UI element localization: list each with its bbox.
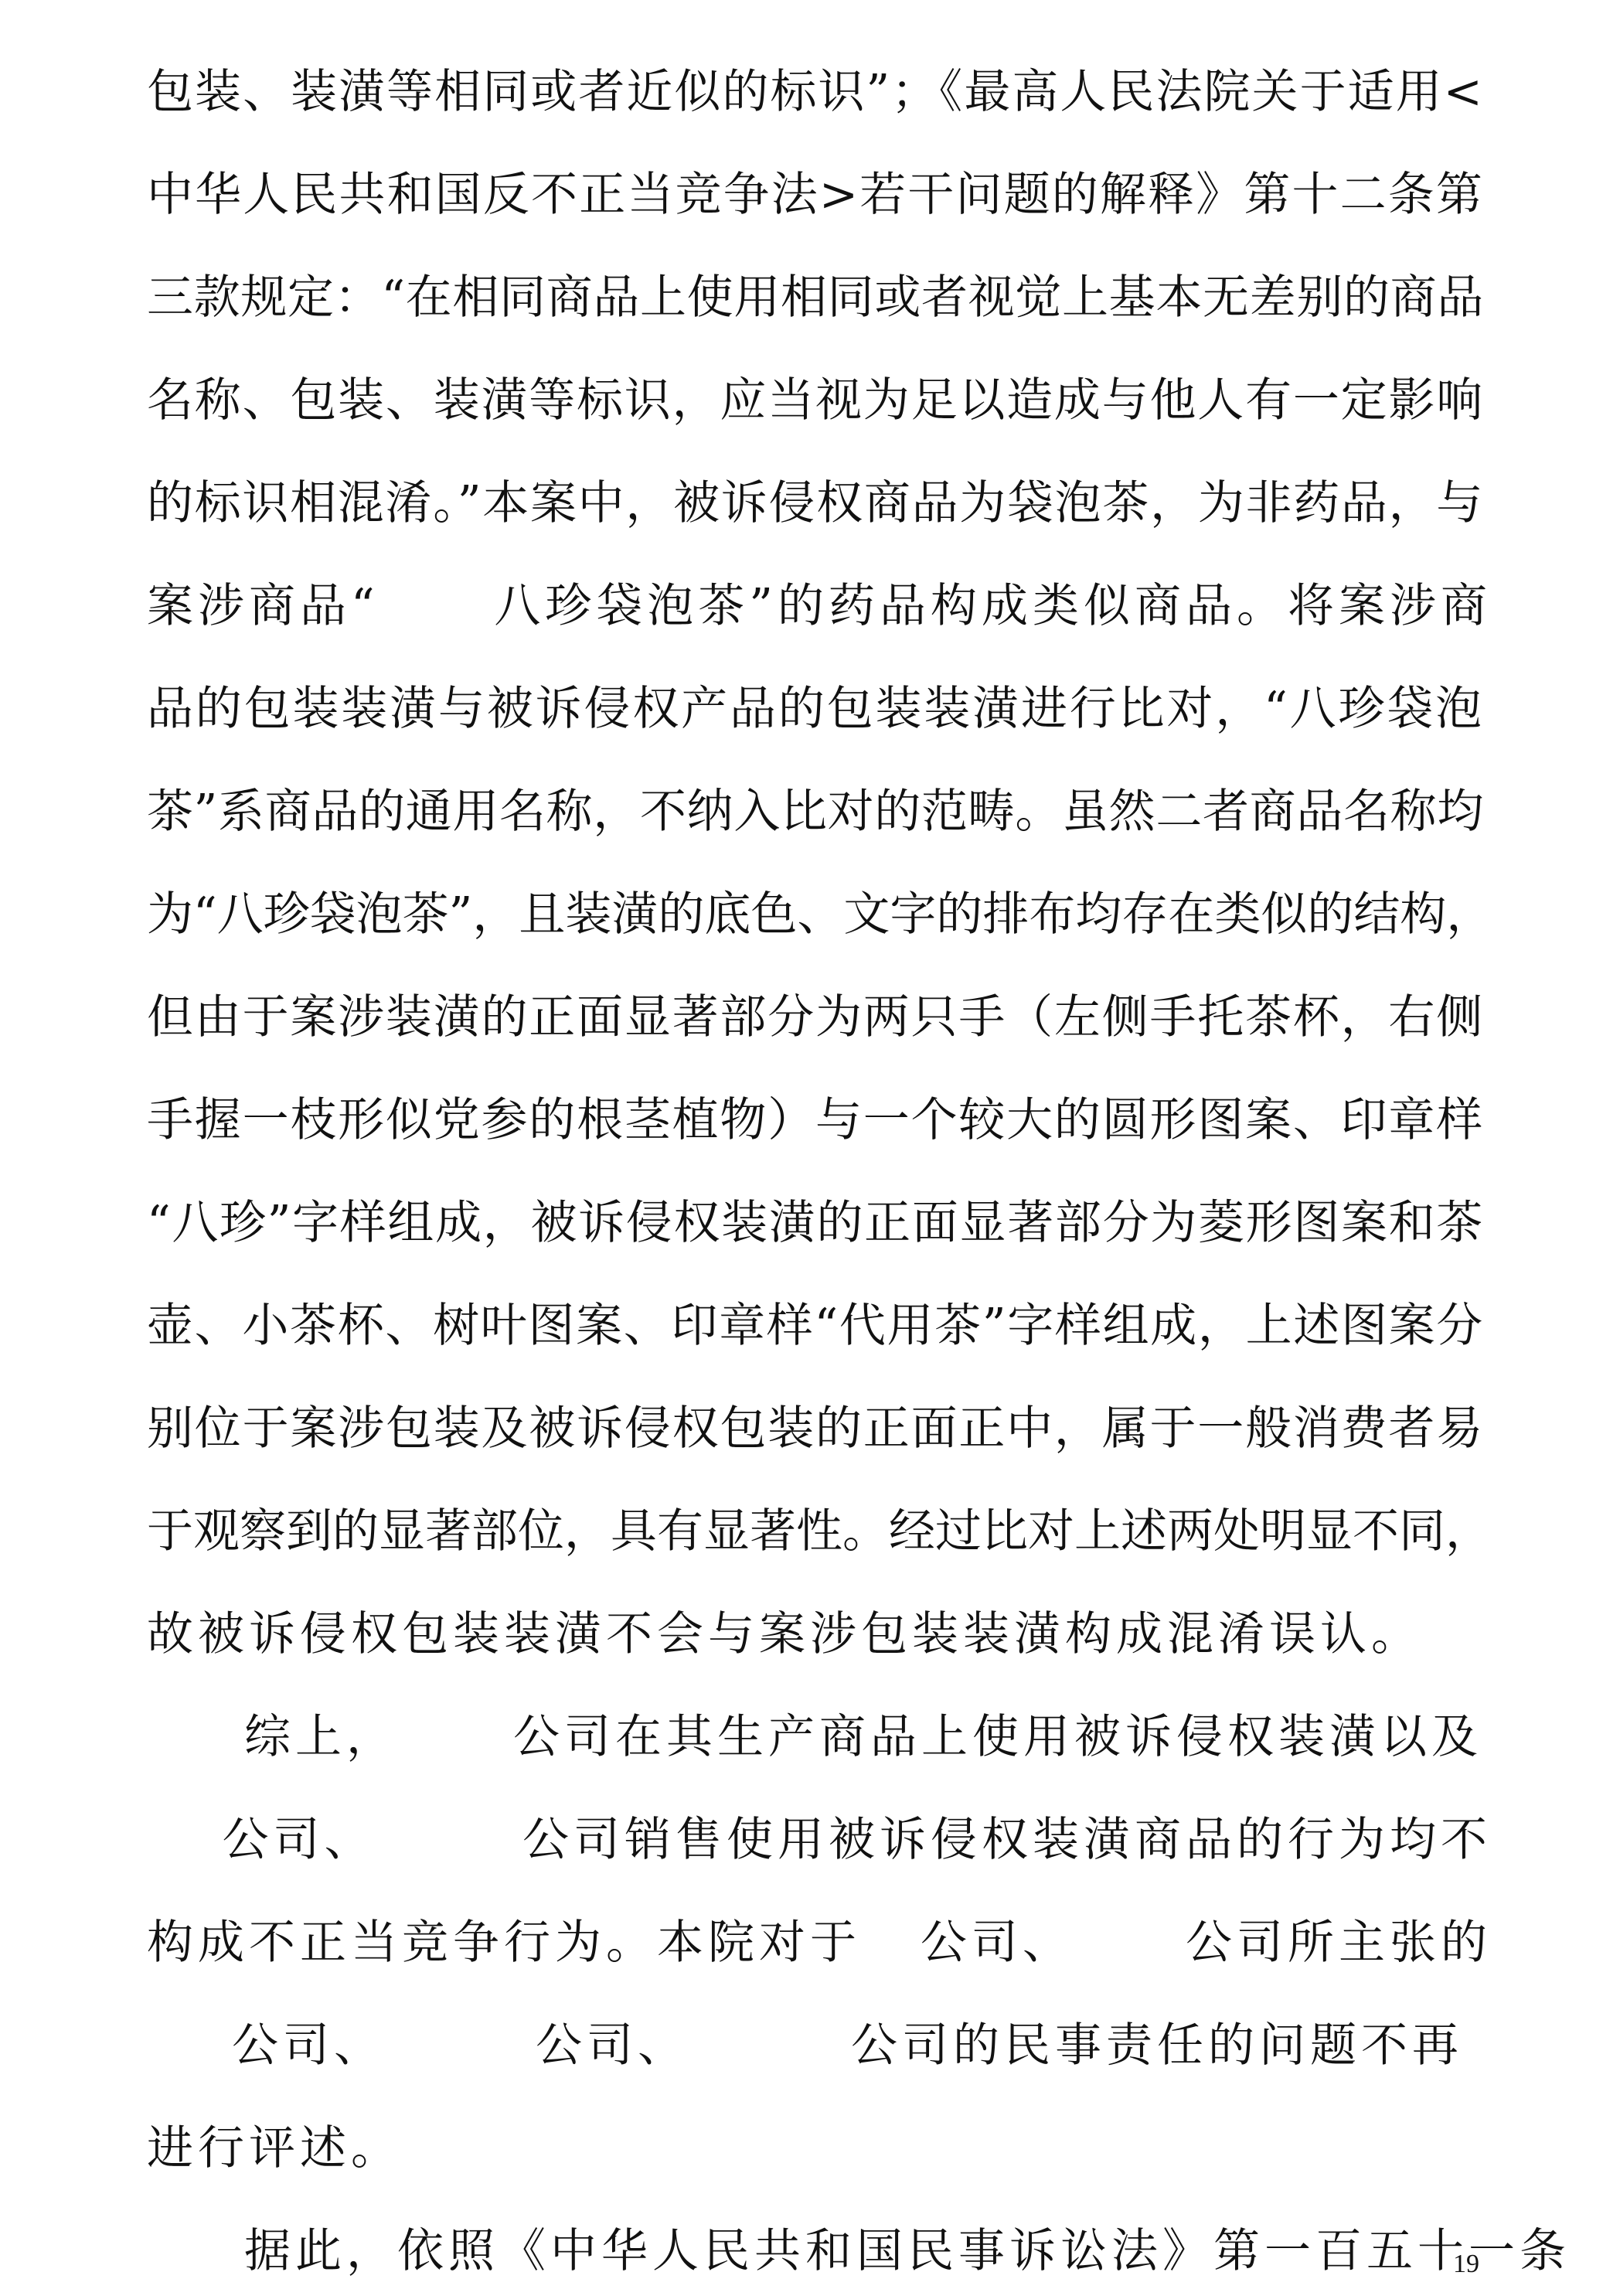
text-line-17: 综上， 公司在其生产商品上使用被诉侵权装潢以及 [147, 1685, 1492, 1788]
text-line-1: 包装、装潢等相同或者近似的标识”；《最高人民法院关于适用< [147, 40, 1492, 143]
text-line-21: 进行评述。 [147, 2097, 1492, 2199]
line-text: 综上， [244, 1698, 397, 1776]
text-line-18: 公司、 公司销售使用被诉侵权装潢商品的行为均不 [147, 1788, 1492, 1891]
line-text: 的标识相混淆。”本案中，被诉侵权商品为袋泡茶，为非药品，与 [147, 465, 1484, 542]
line-text: 中华人民共和国反不正当竞争法>若干问题的解释》第十二条第 [147, 156, 1484, 233]
text-line-6: 案涉商品“ 八珍袋泡茶”的药品构成类似商品。将案涉商 [147, 554, 1492, 657]
text-line-12: “八珍”字样组成，被诉侵权装潢的正面显著部分为菱形图案和茶 [147, 1171, 1492, 1274]
document-page: 包装、装潢等相同或者近似的标识”；《最高人民法院关于适用< 中华人民共和国反不正… [0, 0, 1620, 2296]
line-text: 故被诉侵权包装装潢不会与案涉包装装潢构成混淆误认。 [147, 1596, 1422, 1673]
line-text: 品的包装装潢与被诉侵权产品的包装装潢进行比对，“八珍袋泡 [147, 670, 1484, 748]
line-text: 进行评述。 [147, 2110, 402, 2187]
line-text: 别位于案涉包装及被诉侵权包装的正面正中，属于一般消费者易 [147, 1390, 1484, 1467]
text-line-5: 的标识相混淆。”本案中，被诉侵权商品为袋泡茶，为非药品，与 [147, 451, 1492, 554]
text-line-3: 三款规定：“在相同商品上使用相同或者视觉上基本无差别的商品 [147, 246, 1492, 349]
line-text: 名称、包装、装潢等标识，应当视为足以造成与他人有一定影响 [147, 362, 1484, 439]
line-text: 构成不正当竞争行为。本院对于 [147, 1904, 861, 1981]
text-line-20: 公司、 公司、 公司的民事责任的问题不再 [147, 1994, 1492, 2097]
text-line-13: 壶、小茶杯、树叶图案、印章样“代用茶”字样组成，上述图案分 [147, 1274, 1492, 1377]
line-text: 壶、小茶杯、树叶图案、印章样“代用茶”字样组成，上述图案分 [147, 1287, 1484, 1364]
line-text: 包装、装潢等相同或者近似的标识”；《最高人民法院关于适用< [147, 53, 1484, 131]
line-text: 公司、 [222, 1801, 375, 1879]
line-text: 公司在其生产商品上使用被诉侵权装潢以及 [513, 1698, 1482, 1776]
text-line-15: 于观察到的显著部位，具有显著性。经过比对上述两处明显不同， [147, 1480, 1492, 1582]
line-text: 茶”系商品的通用名称，不纳入比对的范畴。虽然二者商品名称均 [147, 773, 1484, 850]
line-text: 八珍袋泡茶”的药品构成类似商品。将案涉商 [494, 567, 1492, 645]
line-text: 手握一枝形似党参的根茎植物）与一个较大的圆形图案、印章样 [147, 1082, 1484, 1159]
text-line-11: 手握一枝形似党参的根茎植物）与一个较大的圆形图案、印章样 [147, 1068, 1492, 1171]
line-text: 公司销售使用被诉侵权装潢商品的行为均不 [522, 1801, 1492, 1879]
text-line-10: 但由于案涉装潢的正面显著部分为两只手（左侧手托茶杯，右侧 [147, 966, 1492, 1068]
text-line-7: 品的包装装潢与被诉侵权产品的包装装潢进行比对，“八珍袋泡 [147, 657, 1492, 760]
text-line-8: 茶”系商品的通用名称，不纳入比对的范畴。虽然二者商品名称均 [147, 760, 1492, 863]
line-text: “八珍”字样组成，被诉侵权装潢的正面显著部分为菱形图案和茶 [147, 1184, 1484, 1262]
line-text: 公司、 [921, 1904, 1074, 1981]
line-text: 据此，依照《中华人民共和国民事诉讼法》第一百五十一条 [244, 2213, 1571, 2290]
line-text: 但由于案涉装潢的正面显著部分为两只手（左侧手托茶杯，右侧 [147, 979, 1484, 1056]
text-line-19: 构成不正当竞争行为。本院对于 公司、 公司所主张的 [147, 1891, 1492, 1994]
line-text: 公司的民事责任的问题不再 [851, 2007, 1463, 2084]
line-text: 公司、 [232, 2007, 385, 2084]
text-line-16: 故被诉侵权包装装潢不会与案涉包装装潢构成混淆误认。 [147, 1582, 1492, 1685]
text-line-4: 名称、包装、装潢等标识，应当视为足以造成与他人有一定影响 [147, 349, 1492, 451]
text-line-2: 中华人民共和国反不正当竞争法>若干问题的解释》第十二条第 [147, 143, 1492, 246]
line-text: 公司所主张的 [1186, 1904, 1492, 1981]
line-text: 案涉商品“ [147, 567, 379, 645]
text-line-9: 为“八珍袋泡茶”，且装潢的底色、文字的排布均存在类似的结构， [147, 863, 1492, 966]
line-text: 于观察到的显著部位，具有显著性。经过比对上述两处明显不同， [147, 1493, 1492, 1570]
line-text: 为“八珍袋泡茶”，且装潢的底色、文字的排布均存在类似的结构， [147, 876, 1492, 953]
text-line-22: 据此，依照《中华人民共和国民事诉讼法》第一百五十一条 [147, 2199, 1492, 2296]
text-line-14: 别位于案涉包装及被诉侵权包装的正面正中，属于一般消费者易 [147, 1377, 1492, 1480]
line-text: 三款规定：“在相同商品上使用相同或者视觉上基本无差别的商品 [147, 259, 1484, 336]
line-text: 公司、 [536, 2007, 689, 2084]
judgment-body-text: 包装、装潢等相同或者近似的标识”；《最高人民法院关于适用< 中华人民共和国反不正… [147, 40, 1492, 2296]
page-number: 19 [1453, 2250, 1479, 2279]
